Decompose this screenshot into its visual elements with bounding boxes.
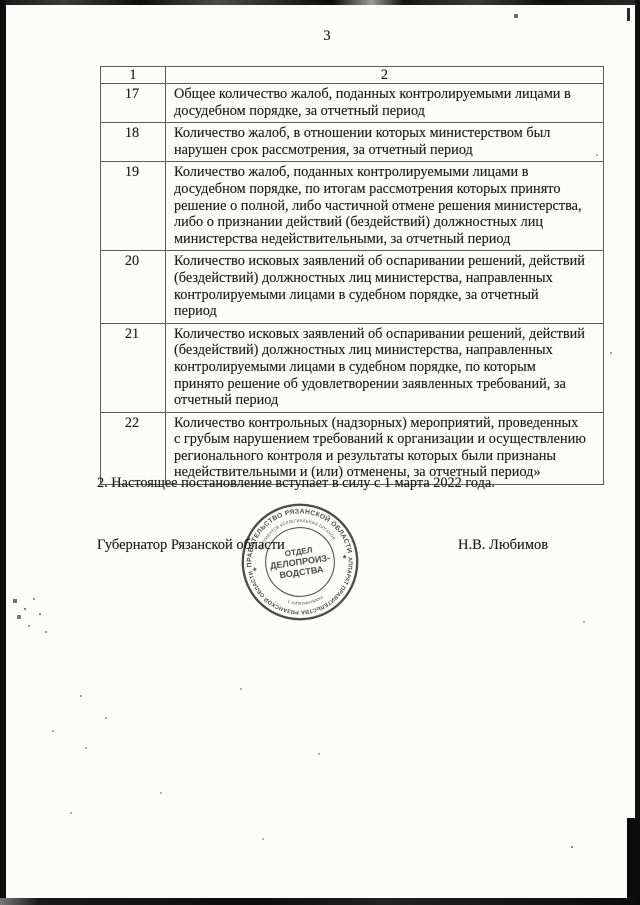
effective-date-paragraph: 2. Настоящее постановление вступает в си… — [97, 475, 577, 492]
row-text: Количество контрольных (надзорных) мероп… — [166, 412, 604, 484]
scan-artifact-right-band — [635, 0, 640, 905]
row-number: 22 — [101, 412, 166, 484]
scan-artifact-tick — [627, 8, 630, 21]
table-row: 17Общее количество жалоб, поданных контр… — [101, 84, 604, 123]
row-number: 21 — [101, 323, 166, 412]
table-row: 22Количество контрольных (надзорных) мер… — [101, 412, 604, 484]
table-row: 20Количество исковых заявлений об оспари… — [101, 251, 604, 323]
stamp-graphic: ПРАВИТЕЛЬСТВО РЯЗАНСКОЙ ОБЛАСТИ АППАРАТ … — [238, 500, 362, 624]
scan-artifact-top-band — [0, 0, 640, 5]
row-number: 19 — [101, 162, 166, 251]
column-header-1: 1 — [101, 67, 166, 84]
row-text: Количество жалоб, поданных контролируемы… — [166, 162, 604, 251]
scan-artifact-right-band-lower — [627, 818, 640, 905]
column-header-2: 2 — [166, 67, 604, 84]
stamp-inner-ring-top-text: ДОКУМЕНТОВ КОЛЛЕГИАЛЬНЫХ ОРГАНОВ — [254, 513, 337, 552]
row-text: Количество жалоб, в отношении которых ми… — [166, 123, 604, 162]
row-text: Количество исковых заявлений об оспарива… — [166, 251, 604, 323]
row-text: Количество исковых заявлений об оспарива… — [166, 323, 604, 412]
row-text: Общее количество жалоб, поданных контрол… — [166, 84, 604, 123]
page-number: 3 — [0, 28, 640, 45]
table-row: 19Количество жалоб, поданных контролируе… — [101, 162, 604, 251]
row-number: 18 — [101, 123, 166, 162]
table-row: 21Количество исковых заявлений об оспари… — [101, 323, 604, 412]
indicators-table: 1 2 17Общее количество жалоб, поданных к… — [100, 66, 604, 485]
scan-artifact-bottom-band — [0, 898, 640, 905]
signer-name: Н.В. Любимов — [458, 537, 548, 554]
round-stamp: ПРАВИТЕЛЬСТВО РЯЗАНСКОЙ ОБЛАСТИ АППАРАТ … — [238, 500, 362, 624]
scan-artifact-left-band — [0, 0, 6, 905]
stamp-left-star: * — [253, 566, 258, 577]
scan-noise-speckles — [0, 0, 2, 2]
table-row: 18Количество жалоб, в отношении которых … — [101, 123, 604, 162]
table-header-row: 1 2 — [101, 67, 604, 84]
scanned-document-page: { "page": { "number": "3" }, "table": { … — [0, 0, 640, 905]
row-number: 17 — [101, 84, 166, 123]
svg-text:ДОКУМЕНТОВ КОЛЛЕГИАЛЬНЫХ ОРГАН: ДОКУМЕНТОВ КОЛЛЕГИАЛЬНЫХ ОРГАНОВ — [254, 513, 337, 552]
table-body: 17Общее количество жалоб, поданных контр… — [101, 84, 604, 485]
row-number: 20 — [101, 251, 166, 323]
